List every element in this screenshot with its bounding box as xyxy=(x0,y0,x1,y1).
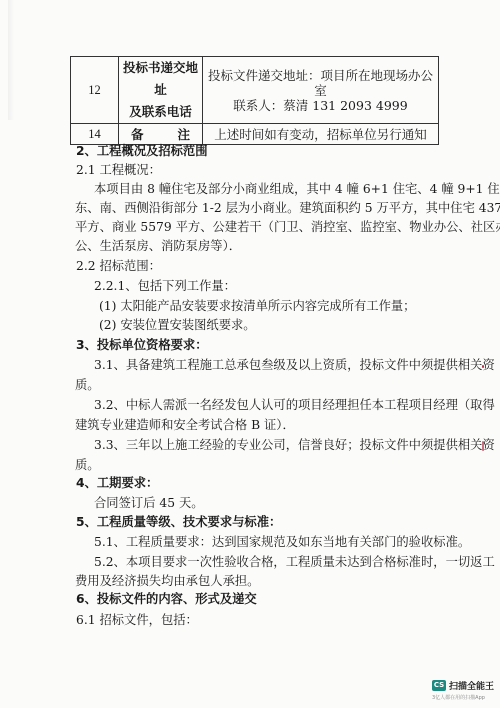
paragraph-line: 3.1、具备建筑工程施工总承包叁级及以上资质，投标文件中须提供相关资 xyxy=(94,355,495,373)
section-heading: 2、工程概况及招标范围 xyxy=(76,141,208,159)
section-heading: 5、工程质量等级、技术要求与标准： xyxy=(76,512,281,530)
paragraph-line: 本项目由 8 幢住宅及部分小商业组成，其中 4 幢 6+1 住宅、4 幢 9+1… xyxy=(94,179,500,197)
row-content: 上述时间如有变动，招标单位另行通知 xyxy=(203,124,439,145)
list-item: (2) 安装位置安装图纸要求。 xyxy=(99,315,256,333)
paragraph-line: 质。 xyxy=(75,375,100,393)
subsection-heading: 2.1 工程概况： xyxy=(76,160,161,178)
paragraph-line: 5.2、本项目要求一次性验收合格，工程质量未达到合格标准时，一切返工 xyxy=(94,552,495,570)
subsection-heading: 6.1 招标文件，包括： xyxy=(76,610,198,628)
paragraph-line: 建筑专业建造师和安全考试合格 B 证）． xyxy=(75,415,295,433)
red-pen-mark xyxy=(482,365,484,368)
paragraph-line: 平方、商业 5579 平方、公建若干（门卫、消控室、监控室、物业办公、社区办 xyxy=(75,217,500,235)
camscanner-logo-icon: CS xyxy=(432,680,446,691)
bid-info-table: 12 投标书递交地址 及联系电话 投标文件递交地址：项目所在地现场办公室 联系人… xyxy=(70,56,439,145)
label-line: 及联系电话 xyxy=(119,101,202,123)
section-heading: 6、投标文件的内容、形式及递交 xyxy=(76,589,257,607)
section-heading: 3、投标单位资格要求： xyxy=(76,335,208,353)
paragraph-line: 3.2、中标人需派一名经发包人认可的项目经理担任本工程项目经理（取得 xyxy=(94,395,495,413)
content-line: 投标文件递交地址：项目所在地现场办公室 xyxy=(203,68,438,98)
row-number: 12 xyxy=(71,57,119,124)
watermark-subtitle: 3亿人都在用的扫描App xyxy=(432,694,485,701)
row-content: 投标文件递交地址：项目所在地现场办公室 联系人：蔡清 131 2093 4999 xyxy=(203,57,439,124)
paragraph-line: 公、生活泵房、消防泵房等）． xyxy=(75,236,241,254)
paragraph-line: 2.2.1、包括下列工作量： xyxy=(94,276,236,294)
red-pen-mark xyxy=(482,441,484,451)
row-label: 投标书递交地址 及联系电话 xyxy=(119,57,203,124)
scanned-document-page: 12 投标书递交地址 及联系电话 投标文件递交地址：项目所在地现场办公室 联系人… xyxy=(0,0,500,708)
paragraph-line: 东、南、西侧沿街部分 1-2 层为小商业。建筑面积约 5 万平方，其中住宅 43… xyxy=(75,198,500,216)
scanner-watermark: CS 扫描全能王 xyxy=(432,679,494,692)
subsection-heading: 2.2 招标范围： xyxy=(76,256,161,274)
watermark-app-name: 扫描全能王 xyxy=(449,679,494,692)
paragraph-line: 3.3、三年以上施工经验的专业公司，信誉良好；投标文件中须提供相关资 xyxy=(94,435,495,453)
paragraph-line: 费用及经济损失均由承包人承担。 xyxy=(75,571,259,589)
table-row: 12 投标书递交地址 及联系电话 投标文件递交地址：项目所在地现场办公室 联系人… xyxy=(71,57,439,124)
label-line: 投标书递交地址 xyxy=(119,57,202,101)
paragraph-line: 合同签订后 45 天。 xyxy=(94,493,204,511)
section-heading: 4、工期要求： xyxy=(76,473,158,491)
paragraph-line: 质。 xyxy=(75,455,100,473)
content-line: 联系人：蔡清 131 2093 4999 xyxy=(203,98,438,113)
page-edge-shadow xyxy=(8,0,14,120)
paragraph-line: 5.1、工程质量要求：达到国家规范及如东当地有关部门的验收标准。 xyxy=(94,532,470,550)
list-item: (1) 太阳能产品安装要求按清单所示内容完成所有工作量； xyxy=(99,296,415,314)
